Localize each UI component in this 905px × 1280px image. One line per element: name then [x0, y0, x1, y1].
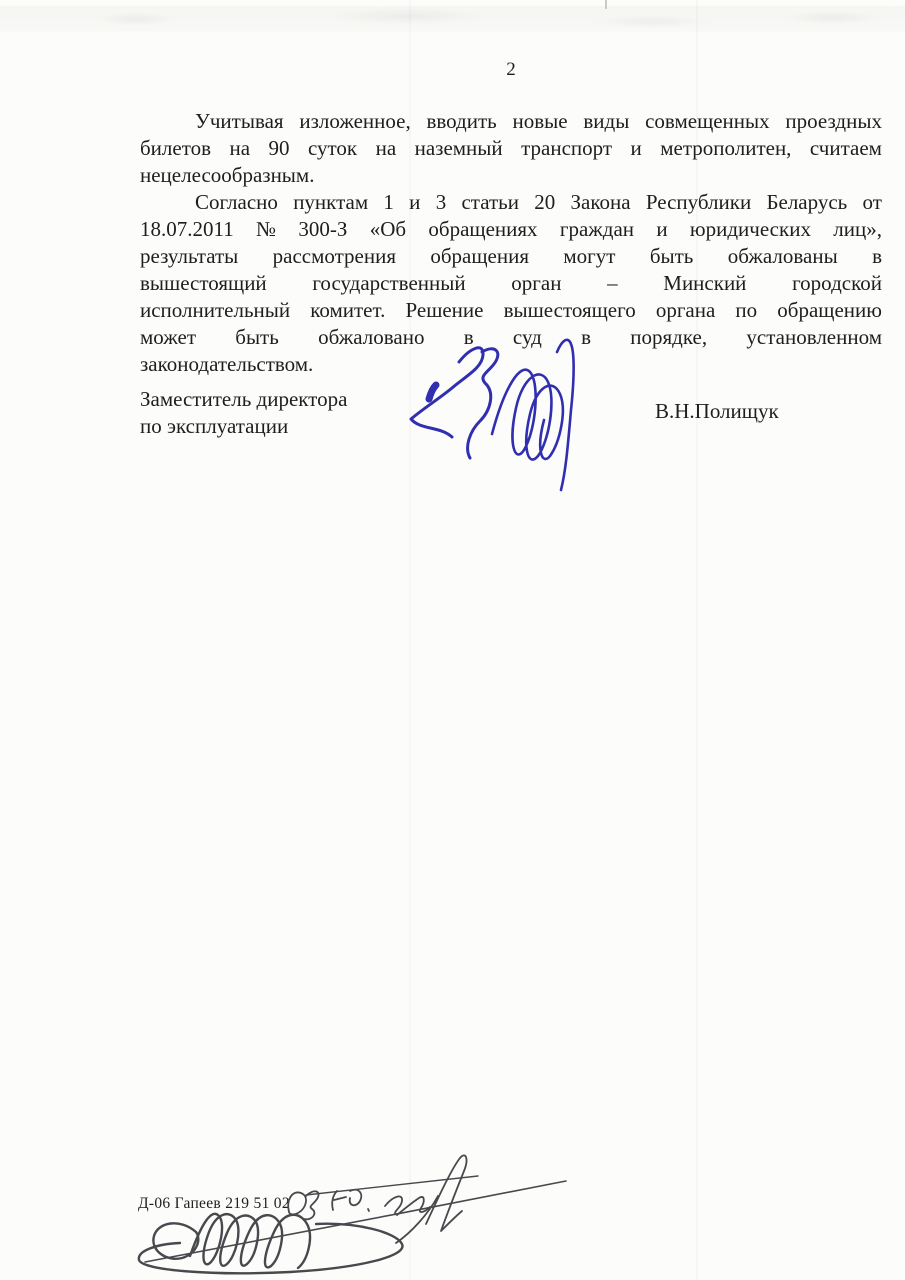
footer-reference: Д-06 Гапеев 219 51 02	[138, 1194, 290, 1213]
scanned-document-page: 2 Учитываяизложенное,вводитьновыевидысов…	[0, 0, 905, 1280]
document-body: Учитываяизложенное,вводитьновыевидысовме…	[140, 108, 882, 378]
scan-artifact-tick	[605, 0, 607, 9]
text-line: Согласнопунктам1и3статьи20ЗаконаРеспубли…	[140, 189, 882, 216]
text-line: можетбытьобжаловановсудвпорядке,установл…	[140, 324, 882, 351]
clerk-annotation-ink	[288, 1155, 478, 1243]
signer-name: В.Н.Полищук	[655, 398, 779, 425]
text-line: Учитываяизложенное,вводитьновыевидысовме…	[140, 108, 882, 135]
text-line: законодательством.	[140, 351, 882, 378]
text-line: вышестоящийгосударственныйорган–Минскийг…	[140, 270, 882, 297]
page-number: 2	[411, 59, 611, 81]
paragraph-2: Согласнопунктам1и3статьи20ЗаконаРеспубли…	[140, 189, 882, 378]
signature-block: Заместитель директора по эксплуатации В.…	[140, 386, 882, 440]
text-line: исполнительныйкомитет.Решениевышестоящег…	[140, 297, 882, 324]
text-line: нецелесообразным.	[140, 162, 882, 189]
text-line: 18.07.2011№300-З«Обобращенияхгражданиюри…	[140, 216, 882, 243]
text-line: результатырассмотренияобращениямогутбыть…	[140, 243, 882, 270]
paragraph-1: Учитываяизложенное,вводитьновыевидысовме…	[140, 108, 882, 189]
scan-artifact-band	[0, 6, 905, 32]
text-line: билетовна90сутокнаназемныйтранспортиметр…	[140, 135, 882, 162]
